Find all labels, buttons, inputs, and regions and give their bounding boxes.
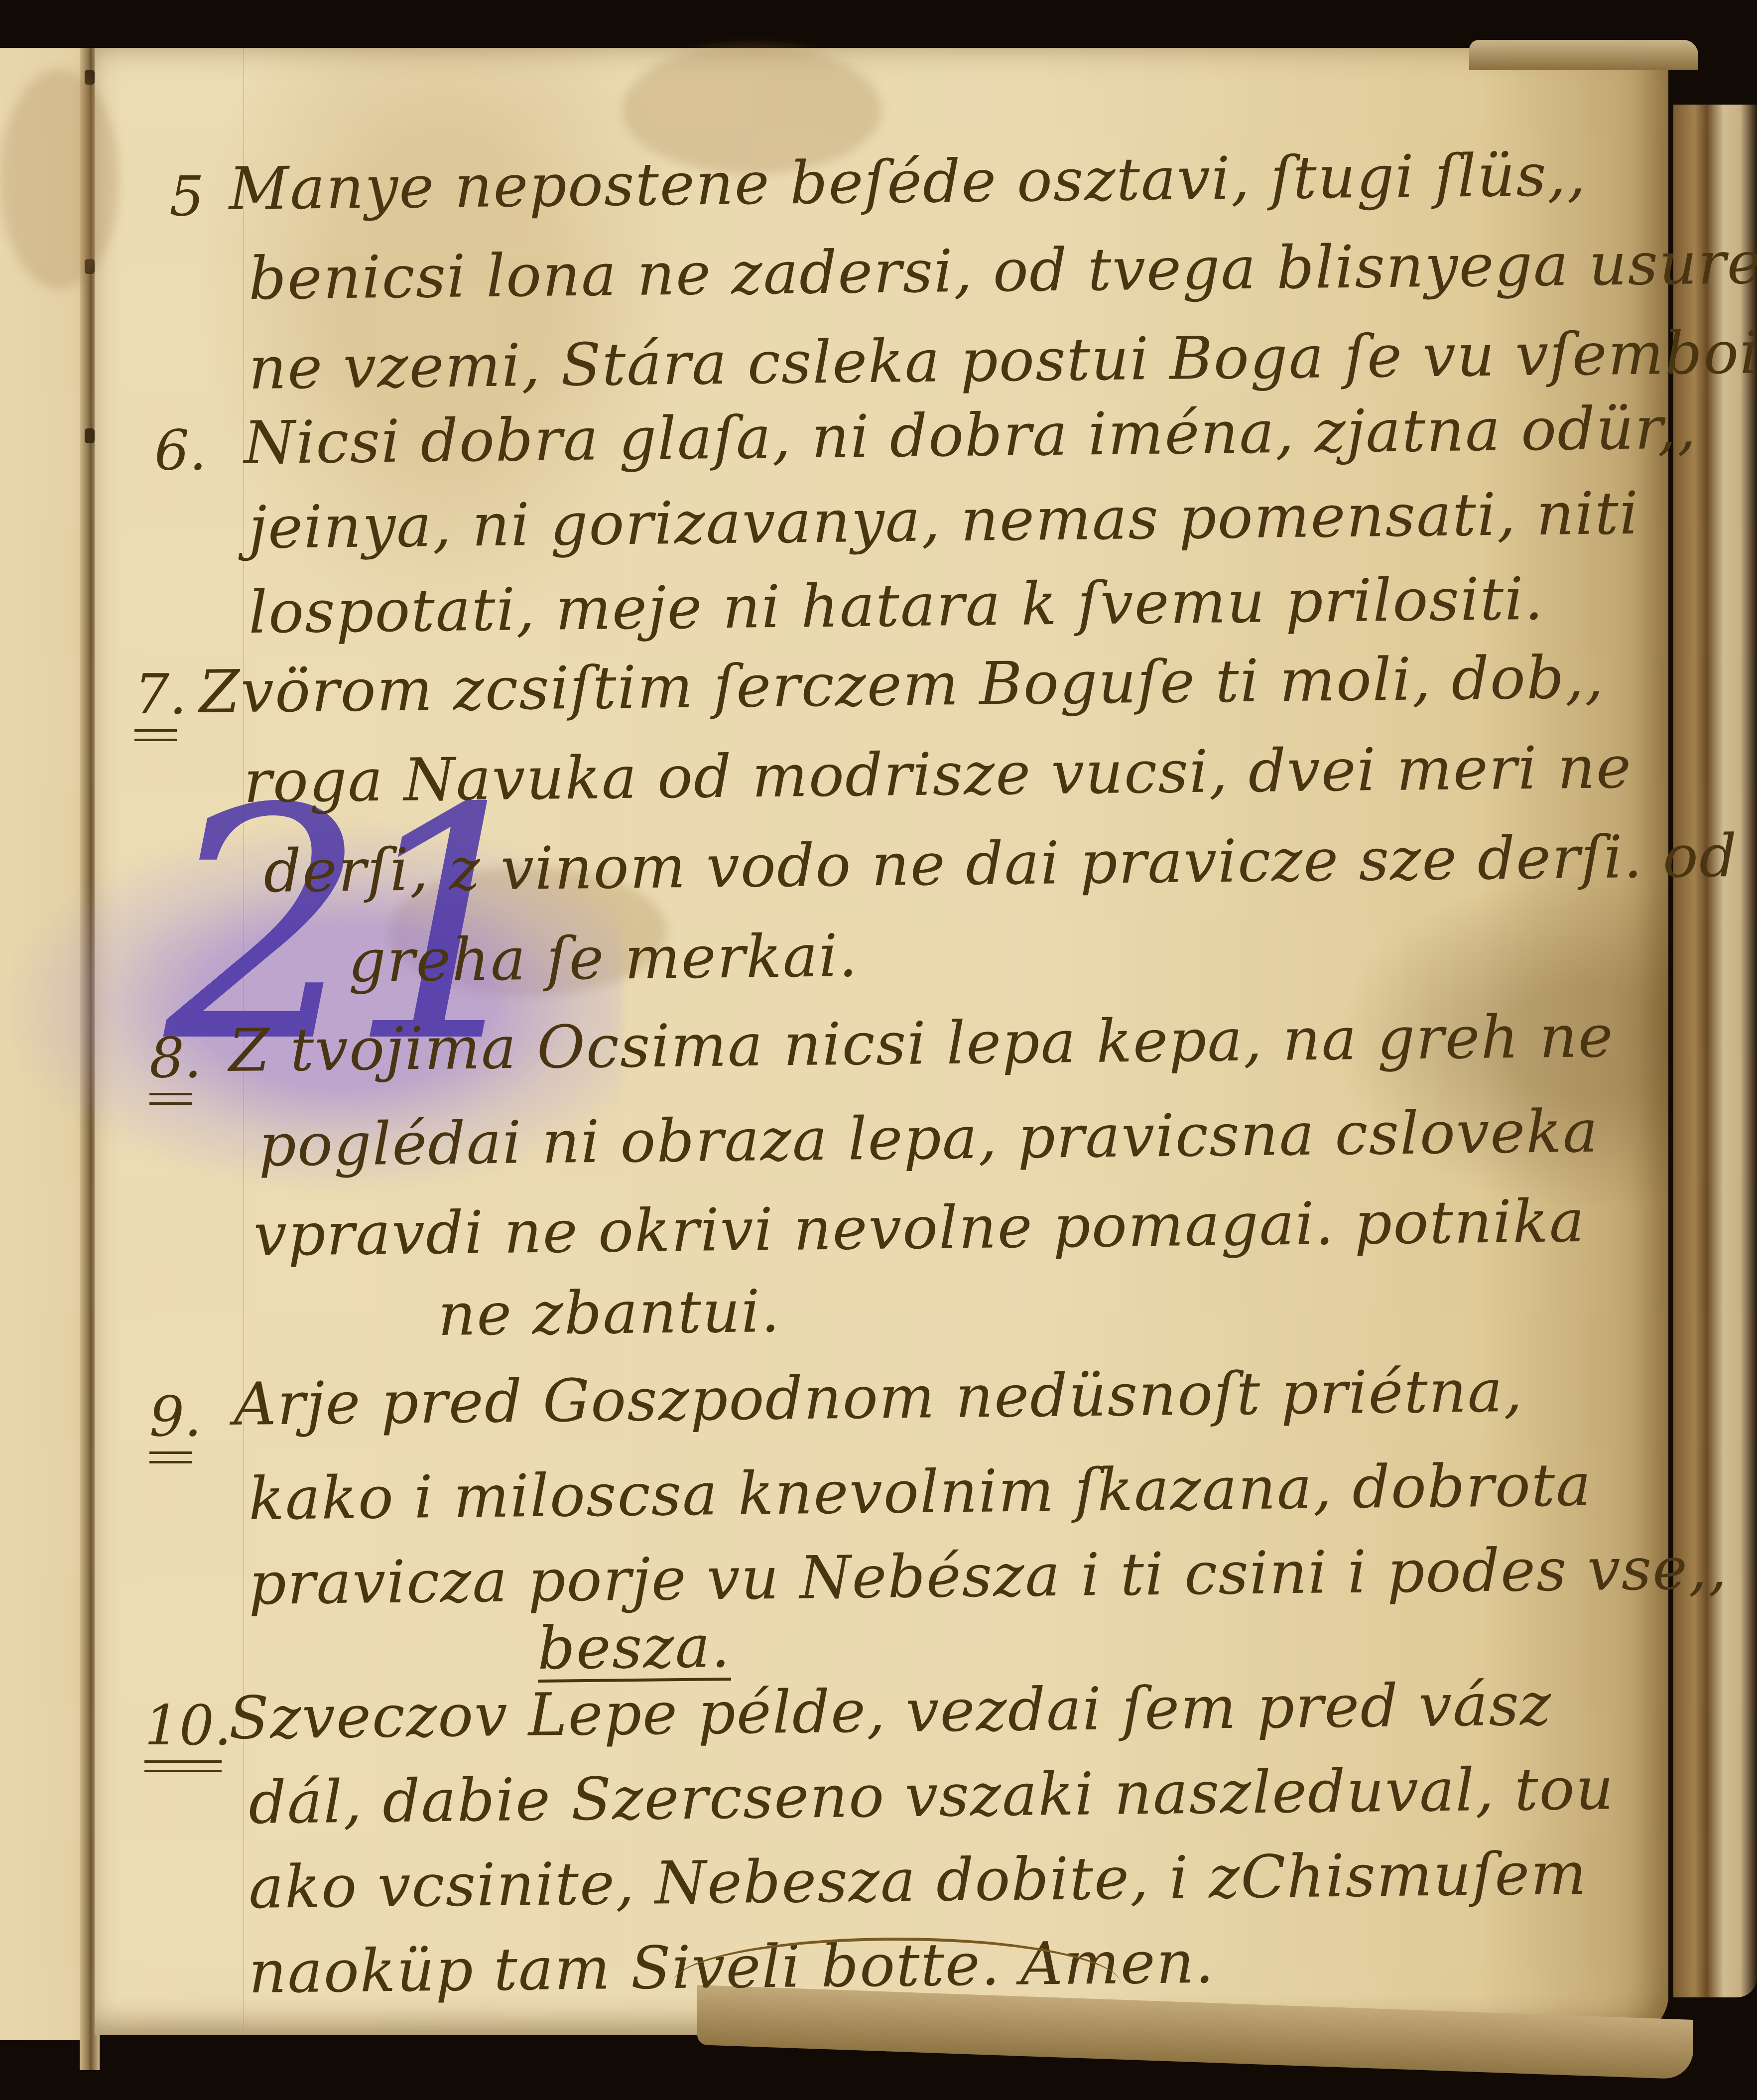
verse-number: 7.: [134, 662, 187, 726]
water-stain: [0, 70, 120, 289]
verse-number: 9.: [149, 1385, 202, 1448]
page-top-edge: [1469, 40, 1698, 70]
verse-line: Szveczov Lepe példe, vezdai ſem pred vás…: [229, 1675, 1552, 1747]
verse-line: kako i miloscsa knevolnim ſkazana, dobro…: [249, 1455, 1592, 1528]
verse-line: dál, dabie Szercseno vszaki naszleduval,…: [249, 1759, 1615, 1832]
verse-number: 5: [169, 164, 204, 228]
verse-line: pravicza porje vu Nebésza i ti csini i p…: [249, 1539, 1728, 1613]
verse-line: poglédai ni obraza lepa, pravicsna cslov…: [258, 1102, 1599, 1175]
verse-line: ne vzemi, Stára csleka postui Boga ſe vu…: [249, 323, 1757, 397]
verse-line: Nicsi dobra glaſa, ni dobra iména, zjatn…: [244, 398, 1697, 472]
verse-line: besza.: [537, 1617, 731, 1678]
verse-line: Z tvojima Ocsima nicsi lepa kepa, na gre…: [229, 1007, 1614, 1080]
manuscript-scan: 21 5 Manye nepostene beſéde osztavi, ſtu…: [0, 0, 1757, 2100]
verse-number: 10.: [144, 1694, 232, 1757]
verse-number: 6.: [154, 418, 207, 482]
verse-line: lospotati, meje ni hatara k ſvemu prilos…: [249, 569, 1544, 642]
page-fore-edge: [1673, 105, 1757, 1997]
verse-line: benicsi lona ne zadersi, od tvega blisny…: [249, 233, 1757, 308]
closing-flourish: [672, 1938, 1121, 2030]
verse-line: Manye nepostene beſéde osztavi, ſtugi ſl…: [229, 145, 1587, 218]
verse-line: ne zbantui.: [438, 1282, 781, 1344]
verse-number: 8.: [149, 1026, 202, 1090]
verse-line: Zvörom zcsiſtim ſerczem Boguſe ti moli, …: [199, 648, 1605, 721]
verse-line: jeinya, ni gorizavanya, nemas pomensati,…: [249, 484, 1639, 557]
binding-stitch: [85, 428, 95, 443]
verse-line: greha ſe merkai.: [348, 926, 859, 990]
verse-line: ako vcsinite, Nebesza dobite, i zChismuſ…: [249, 1844, 1588, 1917]
verse-line: roga Navuka od modrisze vucsi, dvei meri…: [244, 738, 1632, 811]
verse-line: vpravdi ne okrivi nevolne pomagai. potni…: [253, 1191, 1586, 1264]
verse-line: Arje pred Goszpodnom nedüsnoſt priétna,: [234, 1361, 1523, 1434]
verse-line: derſi, z vinom vodo ne dai pravicze sze …: [263, 826, 1738, 901]
